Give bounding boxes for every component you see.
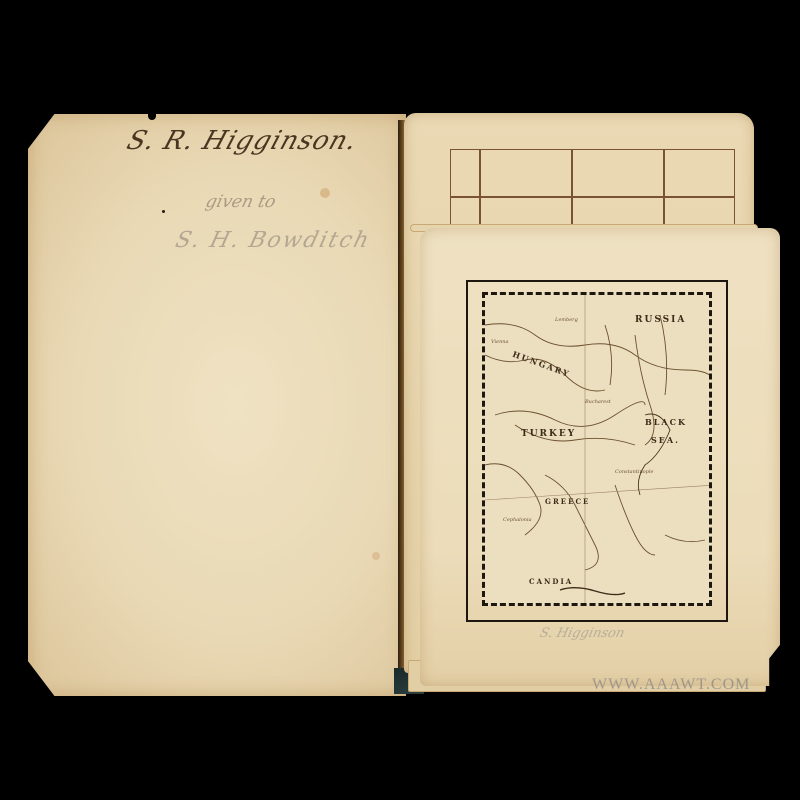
map-label-greece: GREECE: [545, 497, 590, 506]
map-label-constantinople: Constantinople: [615, 469, 653, 475]
watermark: WWW.AAAWT.COM: [592, 676, 750, 694]
given-to-inscription: given to: [204, 192, 278, 212]
owner-inscription: S. R. Higginson.: [123, 126, 362, 156]
ink-dot: [162, 210, 165, 213]
foxing-spot: [320, 188, 330, 198]
ruled-grid: [450, 149, 735, 227]
recipient-inscription: S. H. Bowditch: [173, 228, 373, 253]
map-label-bucharest: Bucharest: [585, 399, 611, 405]
map-label-russia: RUSSIA: [635, 315, 686, 325]
map-label-candia: CANDIA: [529, 577, 573, 586]
left-page: S. R. Higginson. given to S. H. Bowditch: [28, 114, 406, 696]
map-page: RUSSIA HUNGARY TURKEY BLACK SEA. GREECE …: [420, 228, 780, 686]
map-label-vienna: Vienna: [491, 339, 509, 345]
map-label-black: BLACK: [645, 417, 687, 427]
map-label-cephalonia: Cephalonia: [503, 517, 532, 523]
hand-drawn-map: RUSSIA HUNGARY TURKEY BLACK SEA. GREECE …: [482, 292, 712, 606]
map-label-lemberg: Lemberg: [555, 317, 578, 323]
map-frame: RUSSIA HUNGARY TURKEY BLACK SEA. GREECE …: [466, 280, 728, 622]
map-label-turkey: TURKEY: [521, 429, 576, 439]
map-label-sea: SEA.: [651, 435, 680, 445]
pencil-signature: S. Higginson: [538, 626, 626, 641]
map-linework: [485, 295, 712, 606]
page-notch: [148, 114, 156, 120]
foxing-spot: [372, 552, 380, 560]
